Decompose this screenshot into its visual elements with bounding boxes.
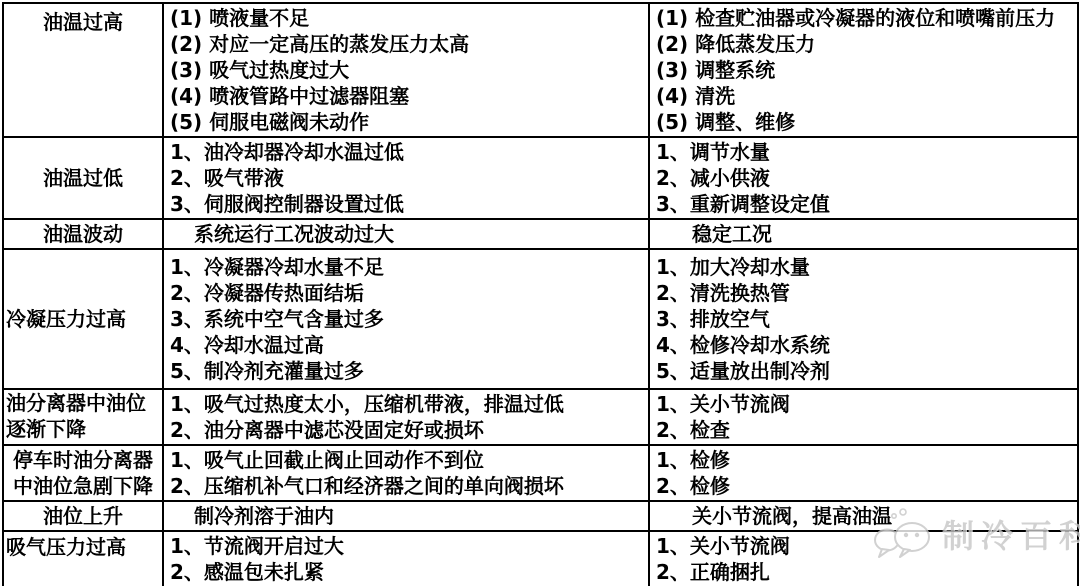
troubleshooting-table: 油温过高(1) 喷液量不足(2) 对应一定高压的蒸发压力太高(3) 吸气过热度过… — [2, 2, 1079, 586]
solution-item: 1、关小节流阀 — [656, 391, 1073, 417]
fault-cell: 油温过低 — [3, 137, 163, 219]
cause-item: 2、感温包未扎紧 — [170, 559, 644, 585]
solution-item: (3) 调整系统 — [656, 57, 1073, 83]
table-row: 停车时油分离器 中油位急剧下降1、吸气止回截止阀止回动作不到位2、压缩机补气口和… — [3, 445, 1078, 501]
table-row: 冷凝压力过高1、冷凝器冷却水量不足2、冷凝器传热面结垢3、系统中空气含量过多4、… — [3, 249, 1078, 389]
cause-item: 1、油冷却器冷却水温过低 — [170, 139, 644, 165]
cause-item: 1、吸气过热度太小，压缩机带液，排温过低 — [170, 391, 644, 417]
solution-item: 2、清洗换热管 — [656, 280, 1073, 306]
solution-item: 1、关小节流阀 — [656, 533, 1073, 559]
cause-item: (3) 吸气过热度过大 — [170, 57, 644, 83]
causes-cell: 1、冷凝器冷却水量不足2、冷凝器传热面结垢3、系统中空气含量过多4、冷却水温过高… — [163, 249, 649, 389]
fault-cell: 油温波动 — [3, 219, 163, 249]
solution-item: 1、检修 — [656, 447, 1073, 473]
solution-item: 3、重新调整设定值 — [656, 191, 1073, 217]
cause-item: 3、系统中空气含量过多 — [170, 306, 644, 332]
solution-item: (1) 检查贮油器或冷凝器的液位和喷嘴前压力 — [656, 5, 1073, 31]
solutions-cell: 1、检修2、检修 — [649, 445, 1078, 501]
cause-item: 2、压缩机补气口和经济器之间的单向阀损坏 — [170, 473, 644, 499]
fault-cell: 油分离器中油位 逐渐下降 — [3, 389, 163, 445]
causes-cell: 制冷剂溶于油内 — [163, 501, 649, 531]
solution-item: 1、调节水量 — [656, 139, 1073, 165]
solution-item: 稳定工况 — [656, 221, 1073, 247]
table-row: 油温过高(1) 喷液量不足(2) 对应一定高压的蒸发压力太高(3) 吸气过热度过… — [3, 3, 1078, 137]
cause-item: (5) 伺服电磁阀未动作 — [170, 109, 644, 135]
cause-item: (1) 喷液量不足 — [170, 5, 644, 31]
screenshot-root: 油温过高(1) 喷液量不足(2) 对应一定高压的蒸发压力太高(3) 吸气过热度过… — [0, 0, 1080, 586]
table-row: 吸气压力过高1、节流阀开启过大2、感温包未扎紧1、关小节流阀2、正确捆扎 — [3, 531, 1078, 586]
cause-item: (4) 喷液管路中过滤器阻塞 — [170, 83, 644, 109]
causes-cell: (1) 喷液量不足(2) 对应一定高压的蒸发压力太高(3) 吸气过热度过大(4)… — [163, 3, 649, 137]
solution-item: 3、排放空气 — [656, 306, 1073, 332]
cause-item: 2、吸气带液 — [170, 165, 644, 191]
fault-cell: 吸气压力过高 — [3, 531, 163, 586]
cause-item: 5、制冷剂充灌量过多 — [170, 358, 644, 384]
solution-item: (5) 调整、维修 — [656, 109, 1073, 135]
solution-item: (4) 清洗 — [656, 83, 1073, 109]
table-row: 油温过低1、油冷却器冷却水温过低2、吸气带液3、伺服阀控制器设置过低1、调节水量… — [3, 137, 1078, 219]
cause-item: 4、冷却水温过高 — [170, 332, 644, 358]
causes-cell: 1、吸气过热度太小，压缩机带液，排温过低2、油分离器中滤芯没固定好或损坏 — [163, 389, 649, 445]
solution-item: 4、检修冷却水系统 — [656, 332, 1073, 358]
table-body: 油温过高(1) 喷液量不足(2) 对应一定高压的蒸发压力太高(3) 吸气过热度过… — [3, 3, 1078, 586]
table-row: 油位上升制冷剂溶于油内关小节流阀，提高油温 — [3, 501, 1078, 531]
solution-item: 2、正确捆扎 — [656, 559, 1073, 585]
solutions-cell: 1、关小节流阀2、检查 — [649, 389, 1078, 445]
solution-item: 1、加大冷却水量 — [656, 254, 1073, 280]
cause-item: 2、冷凝器传热面结垢 — [170, 280, 644, 306]
table-row: 油温波动系统运行工况波动过大稳定工况 — [3, 219, 1078, 249]
solutions-cell: 1、关小节流阀2、正确捆扎 — [649, 531, 1078, 586]
cause-item: 1、节流阀开启过大 — [170, 533, 644, 559]
causes-cell: 1、吸气止回截止阀止回动作不到位2、压缩机补气口和经济器之间的单向阀损坏 — [163, 445, 649, 501]
solution-item: 2、减小供液 — [656, 165, 1073, 191]
cause-item: 3、伺服阀控制器设置过低 — [170, 191, 644, 217]
cause-item: 2、油分离器中滤芯没固定好或损坏 — [170, 417, 644, 443]
solutions-cell: 稳定工况 — [649, 219, 1078, 249]
cause-item: 系统运行工况波动过大 — [170, 221, 644, 247]
cause-item: 1、冷凝器冷却水量不足 — [170, 254, 644, 280]
solution-item: 5、适量放出制冷剂 — [656, 358, 1073, 384]
solutions-cell: (1) 检查贮油器或冷凝器的液位和喷嘴前压力(2) 降低蒸发压力(3) 调整系统… — [649, 3, 1078, 137]
table-row: 油分离器中油位 逐渐下降1、吸气过热度太小，压缩机带液，排温过低2、油分离器中滤… — [3, 389, 1078, 445]
causes-cell: 1、油冷却器冷却水温过低2、吸气带液3、伺服阀控制器设置过低 — [163, 137, 649, 219]
causes-cell: 系统运行工况波动过大 — [163, 219, 649, 249]
fault-cell: 油位上升 — [3, 501, 163, 531]
fault-cell: 冷凝压力过高 — [3, 249, 163, 389]
solutions-cell: 关小节流阀，提高油温 — [649, 501, 1078, 531]
solution-item: 关小节流阀，提高油温 — [656, 503, 1073, 529]
fault-cell: 油温过高 — [3, 3, 163, 137]
cause-item: 制冷剂溶于油内 — [170, 503, 644, 529]
solutions-cell: 1、加大冷却水量2、清洗换热管3、排放空气4、检修冷却水系统5、适量放出制冷剂 — [649, 249, 1078, 389]
fault-cell: 停车时油分离器 中油位急剧下降 — [3, 445, 163, 501]
solution-item: 2、检修 — [656, 473, 1073, 499]
solution-item: (2) 降低蒸发压力 — [656, 31, 1073, 57]
solutions-cell: 1、调节水量2、减小供液3、重新调整设定值 — [649, 137, 1078, 219]
cause-item: (2) 对应一定高压的蒸发压力太高 — [170, 31, 644, 57]
solution-item: 2、检查 — [656, 417, 1073, 443]
causes-cell: 1、节流阀开启过大2、感温包未扎紧 — [163, 531, 649, 586]
cause-item: 1、吸气止回截止阀止回动作不到位 — [170, 447, 644, 473]
